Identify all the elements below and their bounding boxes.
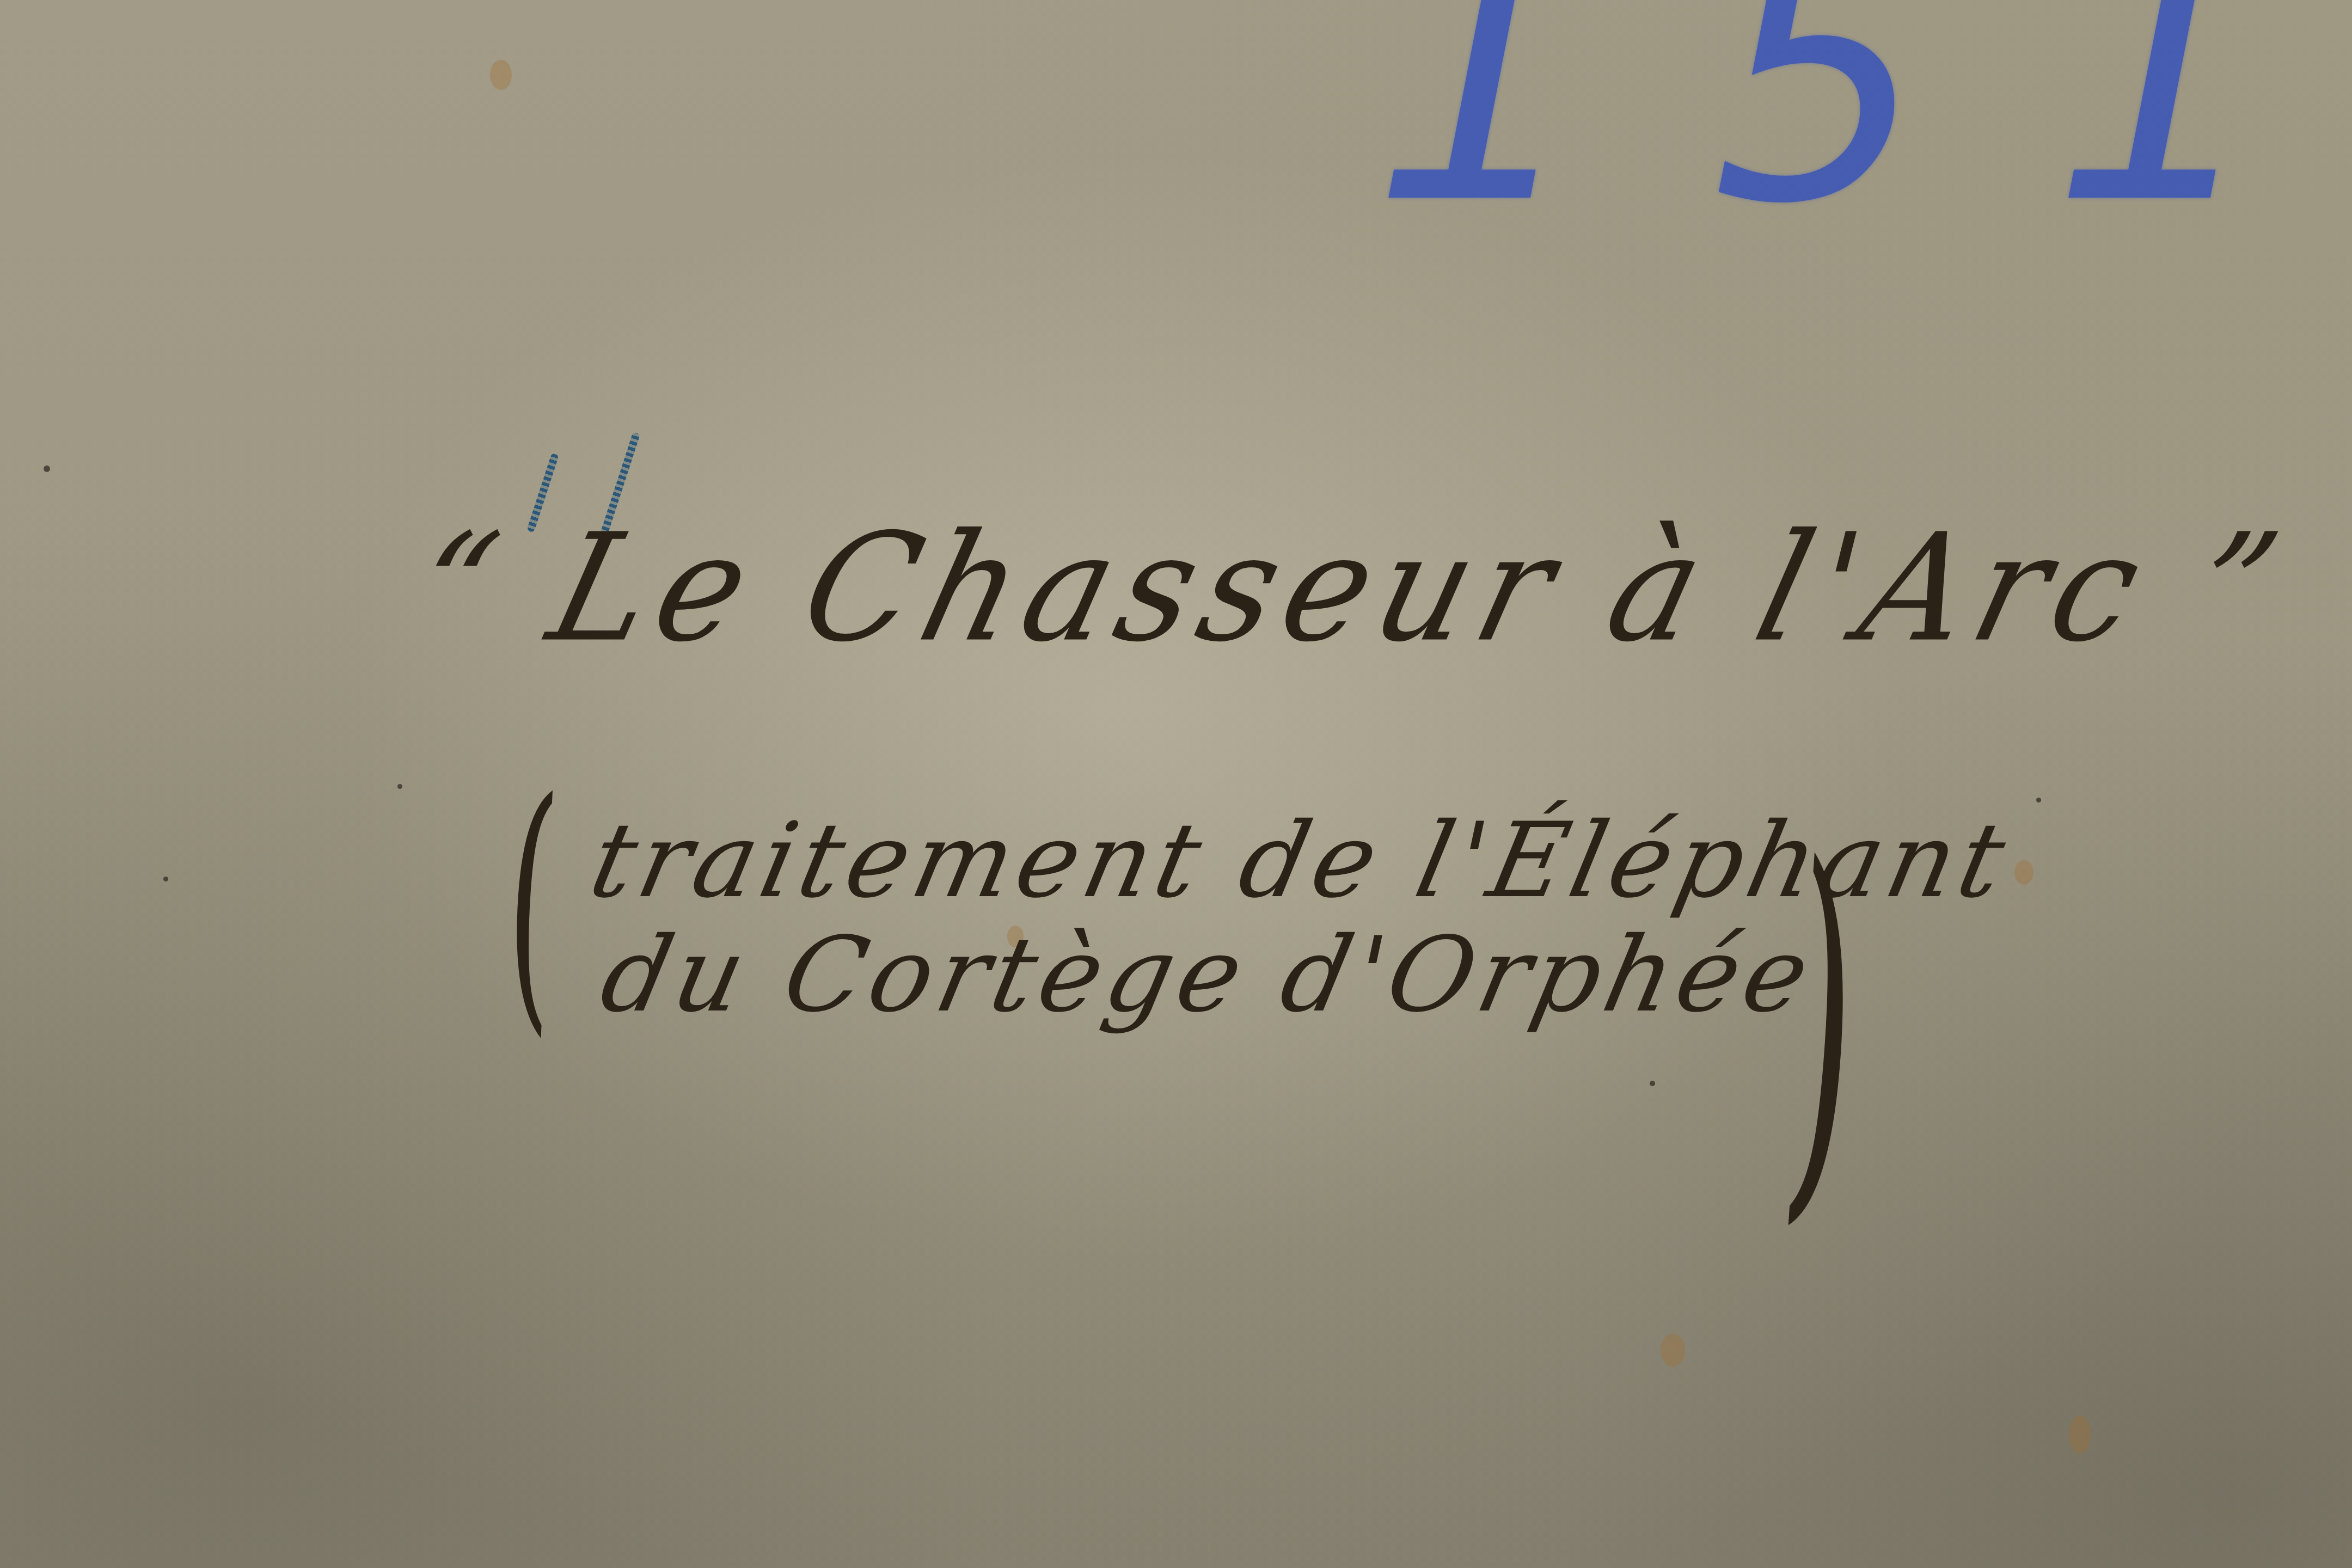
subtitle-open-paren: ( [501,736,563,1062]
subtitle-line-2: du Cortège d'Orphée [592,915,1825,1035]
paper-sheet: 151 “ Le Chasseur à l'Arc ” ( traitement… [0,0,2352,1568]
foxing-stain [2014,860,2033,885]
ink-speck [1650,1081,1655,1086]
title-handwriting: “ Le Chasseur à l'Arc ” [397,502,2303,675]
title-open-quote: “ [397,502,523,675]
foxing-stain [1661,1334,1685,1367]
inventory-number: 151 [1372,0,2352,250]
ink-speck [163,877,168,881]
ink-speck [397,784,402,789]
title-close-quote: ” [2178,502,2303,675]
foxing-stain [490,60,512,90]
title-text: Le Chasseur à l'Arc [535,502,2166,675]
ink-speck [2036,798,2041,803]
foxing-stain [2069,1416,2091,1454]
ink-speck [44,465,50,472]
